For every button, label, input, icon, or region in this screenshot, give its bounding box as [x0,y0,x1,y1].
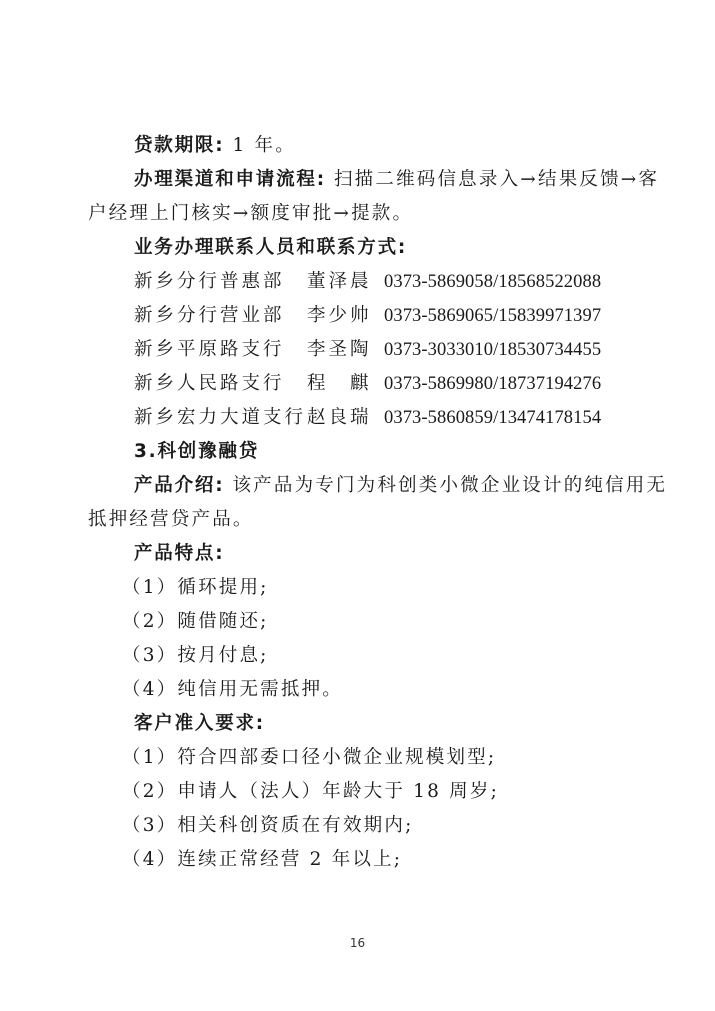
contact-phone: 0373-5860859/13474178154 [384,406,601,430]
page-number: 16 [0,936,715,950]
product-intro-paragraph: 产品介绍: 该产品为专门为科创类小微企业设计的纯信用无 [134,474,667,498]
contacts-heading: 业务办理联系人员和联系方式: [134,236,407,260]
contact-phone: 0373-5869065/15839971397 [384,304,601,328]
contact-phone: 0373-5869980/18737194276 [384,372,601,396]
contact-person: 程 麒 [307,372,372,396]
contact-phone: 0373-3033010/18530734455 [384,338,601,362]
requirement-item: （1）符合四部委口径小微企业规模划型; [122,746,496,770]
contact-person: 董泽晨 [307,270,372,294]
contact-branch: 新乡宏力大道支行 [134,406,306,430]
product-intro-text-line1: 该产品为专门为科创类小微企业设计的纯信用无 [224,475,667,496]
application-process-text-line1: 扫描二维码信息录入→结果反馈→客 [326,169,659,190]
contact-person: 赵良瑞 [307,406,372,430]
loan-term-paragraph: 贷款期限: 1 年。 [134,134,296,158]
contact-branch: 新乡分行营业部 [134,304,285,328]
requirement-item: （2）申请人（法人）年龄大于 18 周岁; [122,780,499,804]
features-heading: 产品特点: [134,542,224,566]
requirements-heading: 客户准入要求: [134,712,265,736]
document-page: 贷款期限: 1 年。 办理渠道和申请流程: 扫描二维码信息录入→结果反馈→客 户… [0,0,715,1011]
contact-branch: 新乡人民路支行 [134,372,285,396]
feature-item: （4）纯信用无需抵押。 [122,678,343,702]
requirement-item: （3）相关科创资质在有效期内; [122,814,414,838]
application-process-label: 办理渠道和申请流程: [134,169,326,190]
requirement-item: （4）连续正常经营 2 年以上; [122,848,402,872]
loan-term-label: 贷款期限: [134,135,224,156]
contact-person: 李圣陶 [307,338,372,362]
feature-item: （3）按月付息; [122,644,269,668]
contact-branch: 新乡分行普惠部 [134,270,285,294]
contact-person: 李少帅 [307,304,372,328]
product-intro-text-line2: 抵押经营贷产品。 [88,508,254,532]
feature-item: （2）随借随还; [122,610,269,634]
contact-phone: 0373-5869058/18568522088 [384,270,601,294]
product-intro-label: 产品介绍: [134,475,224,496]
section-title: 3.科创豫融贷 [134,440,259,464]
application-process-paragraph: 办理渠道和申请流程: 扫描二维码信息录入→结果反馈→客 [134,168,659,192]
contact-branch: 新乡平原路支行 [134,338,285,362]
loan-term-value: 1 年。 [224,135,296,156]
application-process-text-line2: 户经理上门核实→额度审批→提款。 [88,202,413,226]
feature-item: （1）循环提用; [122,576,269,600]
